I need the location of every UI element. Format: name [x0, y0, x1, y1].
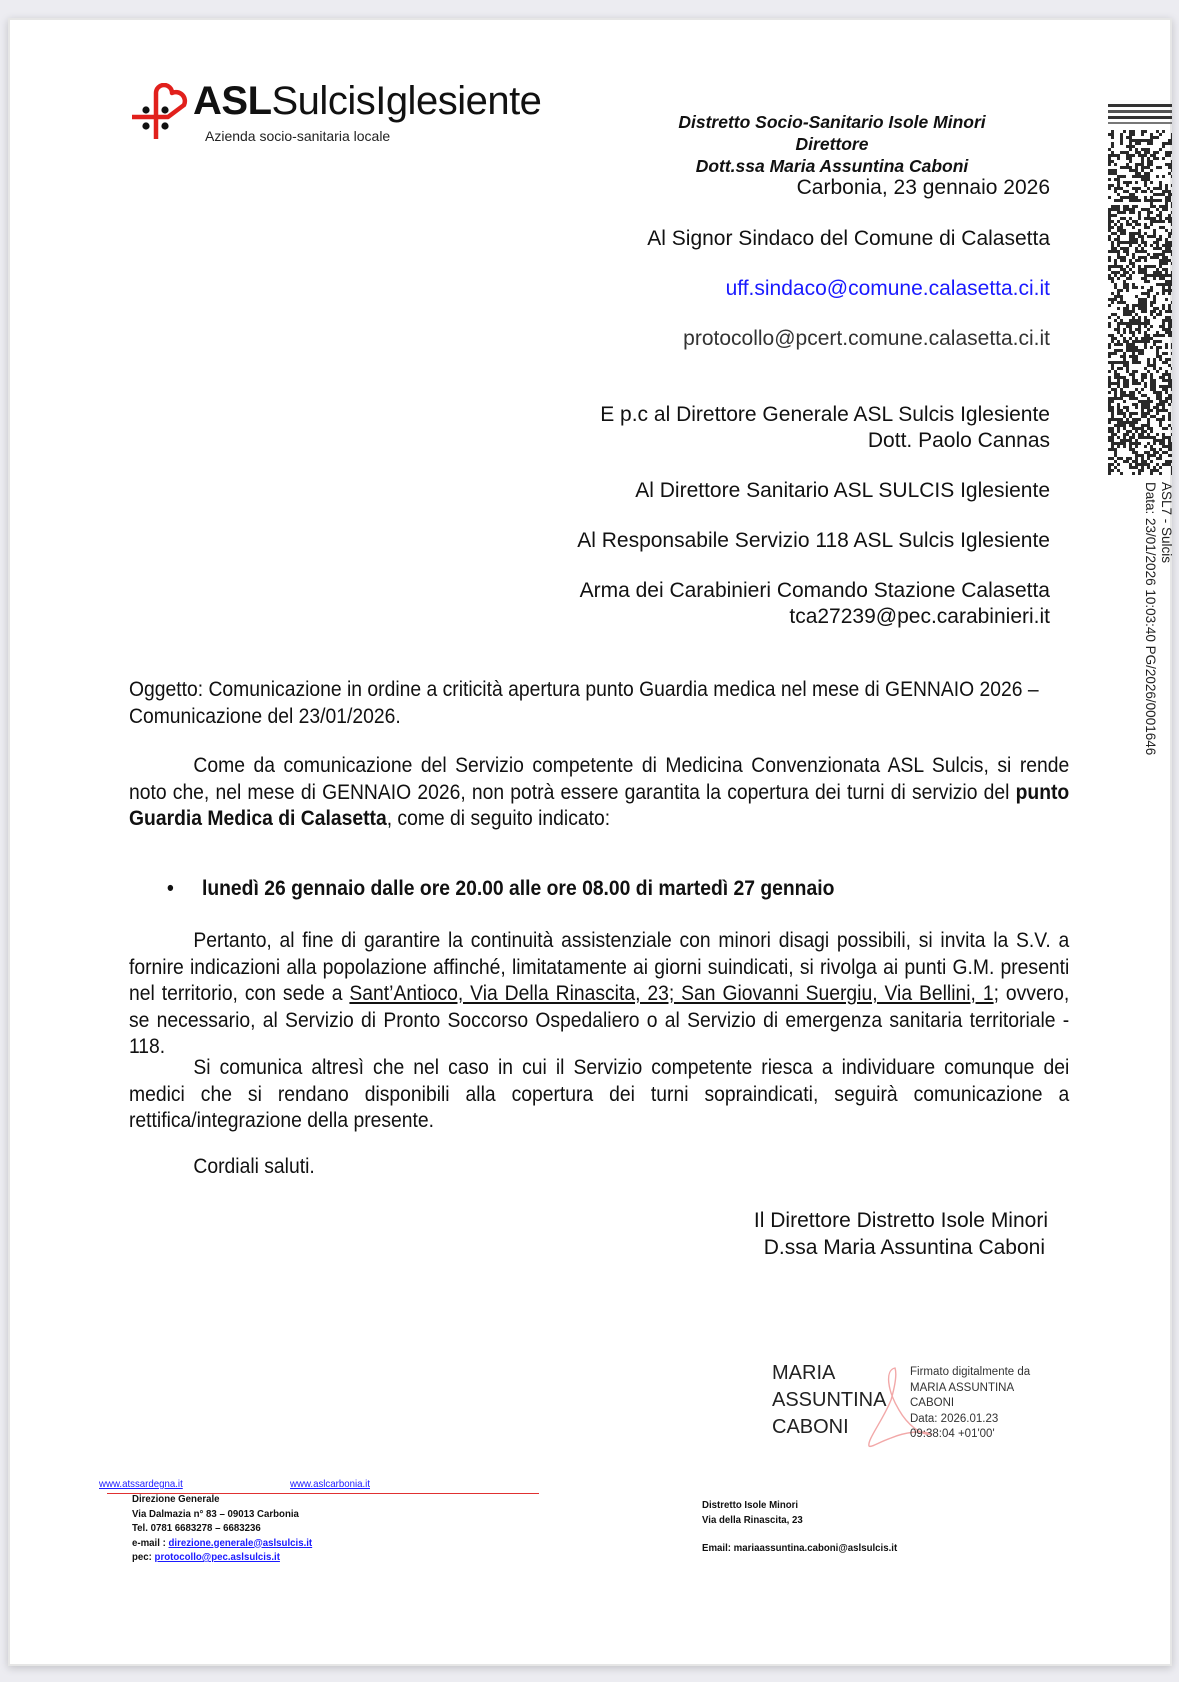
- document-page: ASLSulcisIglesiente Azienda socio-sanita…: [8, 18, 1172, 1666]
- footer-link-aslcarbonia[interactable]: www.aslcarbonia.it: [290, 1477, 370, 1492]
- protocol-stamp-line: Data: 23/01/2026 10:03:40 PG/2026/000164…: [1142, 482, 1158, 755]
- signature-name: D.ssa Maria Assuntina Caboni: [754, 1234, 1048, 1261]
- sender-role: Direttore: [622, 133, 1042, 155]
- recipient-line: E p.c al Direttore Generale ASL Sulcis I…: [600, 402, 1050, 428]
- footer-link-atssardegna[interactable]: www.atssardegna.it: [99, 1477, 183, 1492]
- paragraph-instructions: Pertanto, al fine di garantire la contin…: [129, 928, 1069, 1061]
- recipient-mayor-email-link[interactable]: uff.sindaco@comune.calasetta.ci.it: [726, 276, 1050, 302]
- footer-office-title: Direzione Generale: [132, 1492, 312, 1507]
- footer-link-text[interactable]: www.atssardegna.it: [99, 1478, 183, 1490]
- bullet-text: lunedì 26 gennaio dalle ore 20.00 alle o…: [202, 877, 834, 900]
- digital-signature-info-line: Data: 2026.01.23: [910, 1412, 1030, 1428]
- footer-pec-line: pec: protocollo@pec.aslsulcis.it: [132, 1550, 312, 1565]
- sender-district: Distretto Socio-Sanitario Isole Minori: [622, 111, 1042, 133]
- sender-name: Dott.ssa Maria Assuntina Caboni: [622, 155, 1042, 177]
- footer-pec-label: pec:: [132, 1551, 155, 1563]
- footer-email-line: e-mail : direzione.generale@aslsulcis.it: [132, 1536, 312, 1551]
- sender-header: Distretto Socio-Sanitario Isole Minori D…: [622, 111, 1042, 177]
- subject-line: Oggetto: Comunicazione in ordine a criti…: [129, 677, 1069, 730]
- protocol-stamp-line: ASL7 - Sulcis: [1158, 482, 1174, 755]
- recipient-pec-address: protocollo@pcert.comune.calasetta.ci.it: [683, 326, 1050, 352]
- recipient-line: Dott. Paolo Cannas: [600, 428, 1050, 454]
- asl-logo-icon: [130, 83, 190, 141]
- footer-pec-link[interactable]: protocollo@pec.aslsulcis.it: [155, 1551, 280, 1563]
- digital-signature-info: Firmato digitalmente da MARIA ASSUNTINA …: [910, 1365, 1030, 1443]
- digital-signature-info-line: CABONI: [910, 1396, 1030, 1412]
- footer-phone: Tel. 0781 6683278 – 6683236: [132, 1521, 312, 1536]
- digital-signature-info-line: 09:38:04 +01'00': [910, 1427, 1030, 1443]
- footer-email-line: Email: mariaassuntina.caboni@aslsulcis.i…: [702, 1541, 897, 1556]
- signature-title: Il Direttore Distretto Isole Minori: [754, 1207, 1048, 1234]
- footer-link-text[interactable]: www.aslcarbonia.it: [290, 1478, 370, 1490]
- recipient-carabinieri: Arma dei Carabinieri Comando Stazione Ca…: [580, 578, 1050, 630]
- paragraph-rectification: Si comunica altresì che nel caso in cui …: [129, 1055, 1069, 1135]
- bullet-marker: •: [167, 877, 202, 901]
- footer-left-block: Direzione Generale Via Dalmazia n° 83 – …: [132, 1492, 312, 1565]
- recipient-line: Arma dei Carabinieri Comando Stazione Ca…: [580, 578, 1050, 604]
- brand-bold: ASL: [193, 79, 272, 123]
- paragraph-intro: Come da comunicazione del Servizio compe…: [129, 753, 1069, 833]
- paragraph-underlined-text: Sant’Antioco, Via Della Rinascita, 23; S…: [349, 982, 993, 1005]
- footer-address: Via della Rinascita, 23: [702, 1513, 897, 1528]
- paragraph-text: , come di seguito indicato:: [387, 807, 610, 830]
- barcode-stamp-icon: [1108, 104, 1172, 476]
- digital-signature-info-line: MARIA ASSUNTINA: [910, 1381, 1030, 1397]
- footer-address: Via Dalmazia n° 83 – 09013 Carbonia: [132, 1507, 312, 1522]
- protocol-stamp: ASL7 - Sulcis Data: 23/01/2026 10:03:40 …: [1142, 482, 1174, 755]
- recipient-118-manager: Al Responsabile Servizio 118 ASL Sulcis …: [577, 528, 1050, 554]
- footer-office-title: Distretto Isole Minori: [702, 1498, 897, 1513]
- recipient-line: tca27239@pec.carabinieri.it: [580, 604, 1050, 630]
- brand-subtitle: Azienda socio-sanitaria locale: [205, 128, 390, 144]
- footer-right-block: Distretto Isole Minori Via della Rinasci…: [702, 1498, 897, 1556]
- signature-block: Il Direttore Distretto Isole Minori D.ss…: [754, 1207, 1048, 1261]
- brand-rest: SulcisIglesiente: [272, 79, 542, 123]
- digital-signature-info-line: Firmato digitalmente da: [910, 1365, 1030, 1381]
- date-line: Carbonia, 23 gennaio 2026: [797, 175, 1050, 201]
- paragraph-text: Come da comunicazione del Servizio compe…: [129, 754, 1069, 804]
- closing-greeting: Cordiali saluti.: [129, 1154, 1069, 1181]
- footer-email-link[interactable]: direzione.generale@aslsulcis.it: [169, 1537, 313, 1549]
- recipient-general-director: E p.c al Direttore Generale ASL Sulcis I…: [600, 402, 1050, 454]
- brand-name: ASLSulcisIglesiente: [193, 78, 541, 124]
- footer-email-label: e-mail :: [132, 1537, 169, 1549]
- bullet-item: •lunedì 26 gennaio dalle ore 20.00 alle …: [167, 877, 834, 901]
- recipient-health-director: Al Direttore Sanitario ASL SULCIS Iglesi…: [635, 478, 1050, 504]
- recipient-mayor: Al Signor Sindaco del Comune di Calasett…: [647, 226, 1050, 252]
